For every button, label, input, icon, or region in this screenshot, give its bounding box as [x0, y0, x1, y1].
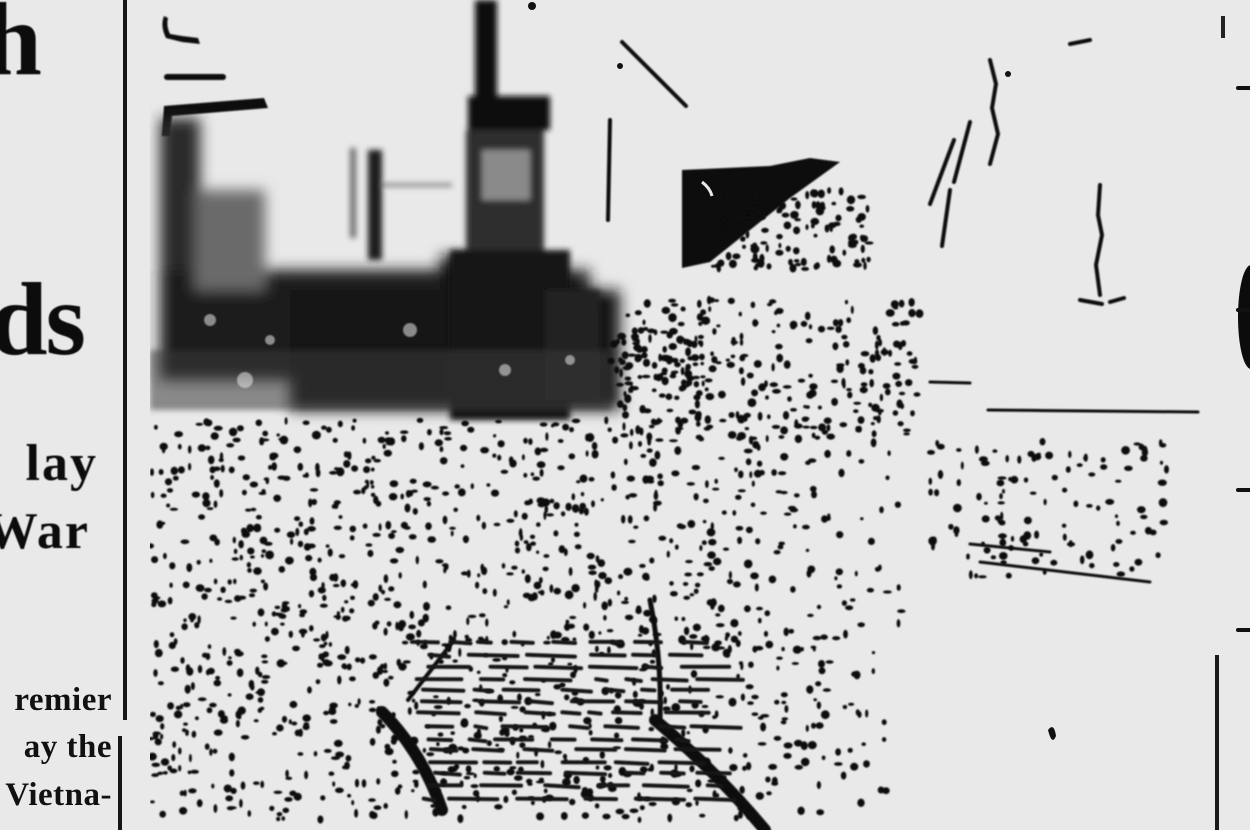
right-column-tick: [1236, 86, 1250, 90]
column-rule-left: [123, 0, 127, 720]
right-column-fragment-mark: [1221, 16, 1225, 38]
body-text-line-1: remier: [14, 684, 112, 717]
headline-line-2: ds: [0, 268, 84, 372]
column-rule-left-lower: [118, 736, 122, 830]
left-article-column: h ds lay War remier ay the Vietna-: [0, 0, 120, 830]
headline-line-1: h: [0, 0, 40, 92]
subheadline-line-1: lay: [26, 438, 98, 490]
newspaper-page: h ds lay War remier ay the Vietna-: [0, 0, 1250, 830]
body-text-line-3: Vietna-: [5, 779, 112, 812]
right-column-partial-glyph: [1238, 265, 1250, 369]
right-column-tick: [1236, 488, 1250, 492]
body-text-line-2: ay the: [24, 731, 112, 764]
halftone-photograph: [150, 0, 1215, 830]
column-rule-right: [1215, 655, 1219, 830]
right-column-tick: [1236, 628, 1250, 632]
right-column-tick: [1236, 308, 1250, 312]
photo-image: [150, 0, 1215, 830]
subheadline-line-2: War: [0, 506, 90, 558]
